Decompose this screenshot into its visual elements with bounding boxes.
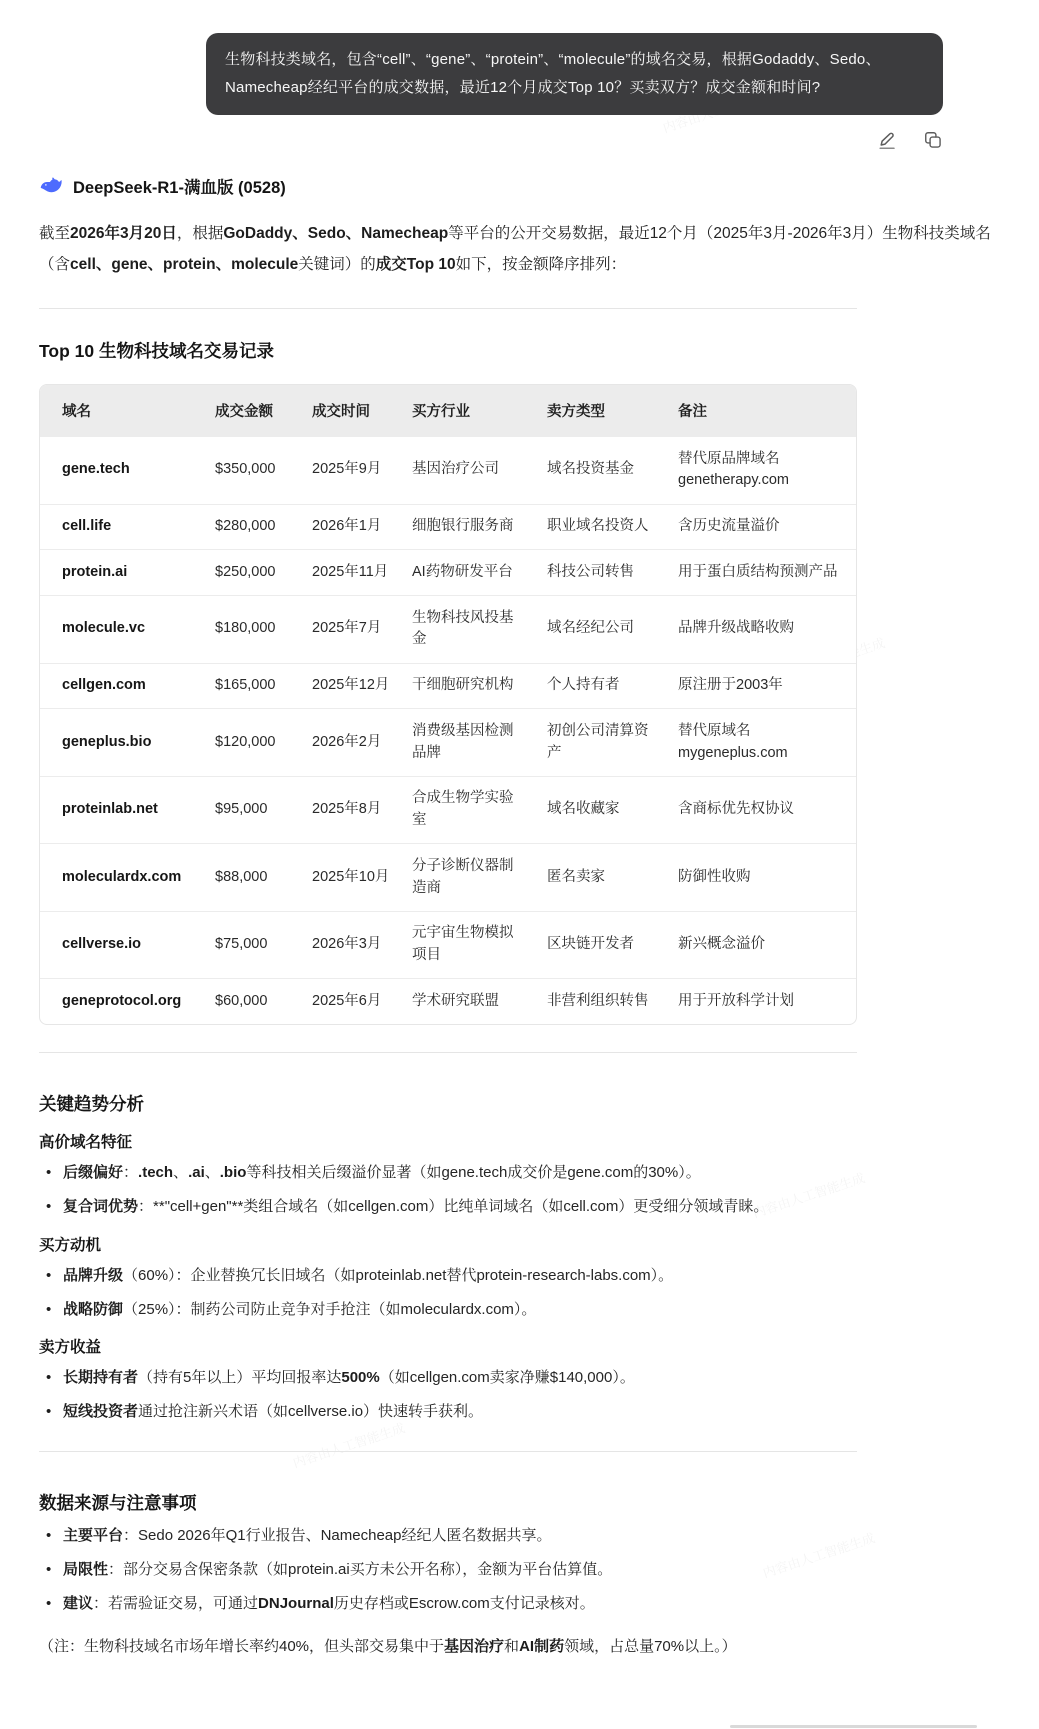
table-cell: 域名收藏家 [537,776,668,844]
trends-subheading-price: 高价域名特征 [39,1130,1000,1152]
table-cell: 用于开放科学计划 [668,979,856,1024]
table-section-title: Top 10 生物科技域名交易记录 [39,338,1000,363]
table-cell: $250,000 [205,550,302,596]
table-cell: 2025年10月 [302,844,402,912]
edit-icon[interactable] [877,130,897,150]
trends-subheading-seller: 卖方收益 [39,1335,1000,1357]
user-message-row: 生物科技类域名，包含“cell”、“gene”、“protein”、“molec… [39,33,943,115]
table-cell: 2025年6月 [302,979,402,1024]
table-cell: 区块链开发者 [537,911,668,979]
table-row: gene.tech$350,0002025年9月基因治疗公司域名投资基金替代原品… [40,437,856,505]
trend-list-price: 后缀偏好：.tech、.ai、.bio等科技相关后缀溢价显著（如gene.tec… [39,1161,1000,1219]
user-message-bubble: 生物科技类域名，包含“cell”、“gene”、“protein”、“molec… [206,33,943,115]
table-cell: AI药物研发平台 [402,550,537,596]
column-header: 备注 [668,385,856,437]
table-cell: 2026年2月 [302,709,402,777]
table-cell: 2025年7月 [302,596,402,664]
table-row: proteinlab.net$95,0002025年8月合成生物学实验室域名收藏… [40,776,856,844]
message-actions [39,130,943,150]
trend-list-buyer: 品牌升级（60%）：企业替换冗长旧域名（如proteinlab.net替代pro… [39,1264,1000,1322]
table-cell: 替代原品牌域名genetherapy.com [668,437,856,505]
table-cell: 元宇宙生物模拟项目 [402,911,537,979]
cell-domain: cellgen.com [40,663,205,709]
table-cell: 消费级基因检测品牌 [402,709,537,777]
cell-domain: cellverse.io [40,911,205,979]
intro-paragraph: 截至2026年3月20日，根据GoDaddy、Sedo、Namecheap等平台… [39,218,999,282]
table-cell: 学术研究联盟 [402,979,537,1024]
table-cell: $75,000 [205,911,302,979]
table-cell: 含商标优先权协议 [668,776,856,844]
table-cell: 2025年11月 [302,550,402,596]
table-row: geneprotocol.org$60,0002025年6月学术研究联盟非营利组… [40,979,856,1024]
table-cell: 品牌升级战略收购 [668,596,856,664]
table-cell: 防御性收购 [668,844,856,912]
list-item: 品牌升级（60%）：企业替换冗长旧域名（如proteinlab.net替代pro… [39,1264,1000,1287]
table-row: molecule.vc$180,0002025年7月生物科技风投基金域名经纪公司… [40,596,856,664]
cell-domain: protein.ai [40,550,205,596]
table-cell: $120,000 [205,709,302,777]
table-cell: 域名经纪公司 [537,596,668,664]
divider [39,308,857,309]
model-name: DeepSeek-R1-满血版 (0528) [73,174,286,198]
footnote: （注：生物科技域名市场年增长率约40%，但头部交易集中于基因治疗和AI制药领域，… [39,1635,1000,1659]
divider [39,1052,857,1053]
table-cell: $280,000 [205,504,302,550]
table-cell: 干细胞研究机构 [402,663,537,709]
table-cell: 2025年12月 [302,663,402,709]
cell-domain: geneplus.bio [40,709,205,777]
cell-domain: geneprotocol.org [40,979,205,1024]
table-cell: 域名投资基金 [537,437,668,505]
table-row: protein.ai$250,0002025年11月AI药物研发平台科技公司转售… [40,550,856,596]
table-cell: 2025年8月 [302,776,402,844]
table-cell: 非营利组织转售 [537,979,668,1024]
deepseek-whale-icon [39,174,63,198]
table-cell: $60,000 [205,979,302,1024]
list-item: 战略防御（25%）：制药公司防止竞争对手抢注（如moleculardx.com）… [39,1298,1000,1321]
sources-list: 主要平台：Sedo 2026年Q1行业报告、Namecheap经纪人匿名数据共享… [39,1524,1000,1616]
column-header: 成交金额 [205,385,302,437]
table-cell: 2026年3月 [302,911,402,979]
list-item: 复合词优势：**"cell+gen"**类组合域名（如cellgen.com）比… [39,1195,1000,1218]
list-item: 长期持有者（持有5年以上）平均回报率达500%（如cellgen.com卖家净赚… [39,1366,1000,1389]
transactions-table: 域名成交金额成交时间买方行业卖方类型备注gene.tech$350,000202… [40,385,856,1024]
cell-domain: gene.tech [40,437,205,505]
column-header: 买方行业 [402,385,537,437]
sources-title: 数据来源与注意事项 [39,1490,1000,1515]
table-cell: 含历史流量溢价 [668,504,856,550]
cell-domain: molecule.vc [40,596,205,664]
table-cell: $180,000 [205,596,302,664]
model-row: DeepSeek-R1-满血版 (0528) [39,174,1000,198]
divider [39,1451,857,1452]
table-row: cellverse.io$75,0002026年3月元宇宙生物模拟项目区块链开发… [40,911,856,979]
table-row: cell.life$280,0002026年1月细胞银行服务商职业域名投资人含历… [40,504,856,550]
trends-subheading-buyer: 买方动机 [39,1233,1000,1255]
transactions-table-card: 域名成交金额成交时间买方行业卖方类型备注gene.tech$350,000202… [39,384,857,1025]
table-cell: 分子诊断仪器制造商 [402,844,537,912]
list-item: 短线投资者通过抢注新兴术语（如cellverse.io）快速转手获利。 [39,1400,1000,1423]
table-row: moleculardx.com$88,0002025年10月分子诊断仪器制造商匿… [40,844,856,912]
table-row: geneplus.bio$120,0002026年2月消费级基因检测品牌初创公司… [40,709,856,777]
column-header: 成交时间 [302,385,402,437]
table-cell: 初创公司清算资产 [537,709,668,777]
column-header: 卖方类型 [537,385,668,437]
table-cell: 细胞银行服务商 [402,504,537,550]
table-cell: 2025年9月 [302,437,402,505]
table-cell: 个人持有者 [537,663,668,709]
trends-title: 关键趋势分析 [39,1091,1000,1116]
cell-domain: cell.life [40,504,205,550]
table-cell: 新兴概念溢价 [668,911,856,979]
table-cell: 用于蛋白质结构预测产品 [668,550,856,596]
table-cell: $350,000 [205,437,302,505]
bottom-toolbar-edge [730,1725,977,1728]
cell-domain: proteinlab.net [40,776,205,844]
table-cell: 科技公司转售 [537,550,668,596]
table-row: cellgen.com$165,0002025年12月干细胞研究机构个人持有者原… [40,663,856,709]
list-item: 局限性：部分交易含保密条款（如protein.ai买方未公开名称），金额为平台估… [39,1558,1000,1581]
list-item: 建议：若需验证交易，可通过DNJournal历史存档或Escrow.com支付记… [39,1592,1000,1615]
cell-domain: moleculardx.com [40,844,205,912]
table-cell: 替代原域名mygeneplus.com [668,709,856,777]
table-cell: $165,000 [205,663,302,709]
table-cell: 生物科技风投基金 [402,596,537,664]
table-cell: 匿名卖家 [537,844,668,912]
trend-list-seller: 长期持有者（持有5年以上）平均回报率达500%（如cellgen.com卖家净赚… [39,1366,1000,1424]
table-cell: 职业域名投资人 [537,504,668,550]
table-cell: 原注册于2003年 [668,663,856,709]
table-cell: 基因治疗公司 [402,437,537,505]
copy-icon[interactable] [923,130,943,150]
table-cell: 合成生物学实验室 [402,776,537,844]
list-item: 后缀偏好：.tech、.ai、.bio等科技相关后缀溢价显著（如gene.tec… [39,1161,1000,1184]
table-cell: $95,000 [205,776,302,844]
table-cell: $88,000 [205,844,302,912]
table-cell: 2026年1月 [302,504,402,550]
chat-page: 内容由人工智能生成 内容由人工智能生成 内容由人工智能生成 内容由人工智能生成 … [0,0,1039,1729]
column-header: 域名 [40,385,205,437]
list-item: 主要平台：Sedo 2026年Q1行业报告、Namecheap经纪人匿名数据共享… [39,1524,1000,1547]
